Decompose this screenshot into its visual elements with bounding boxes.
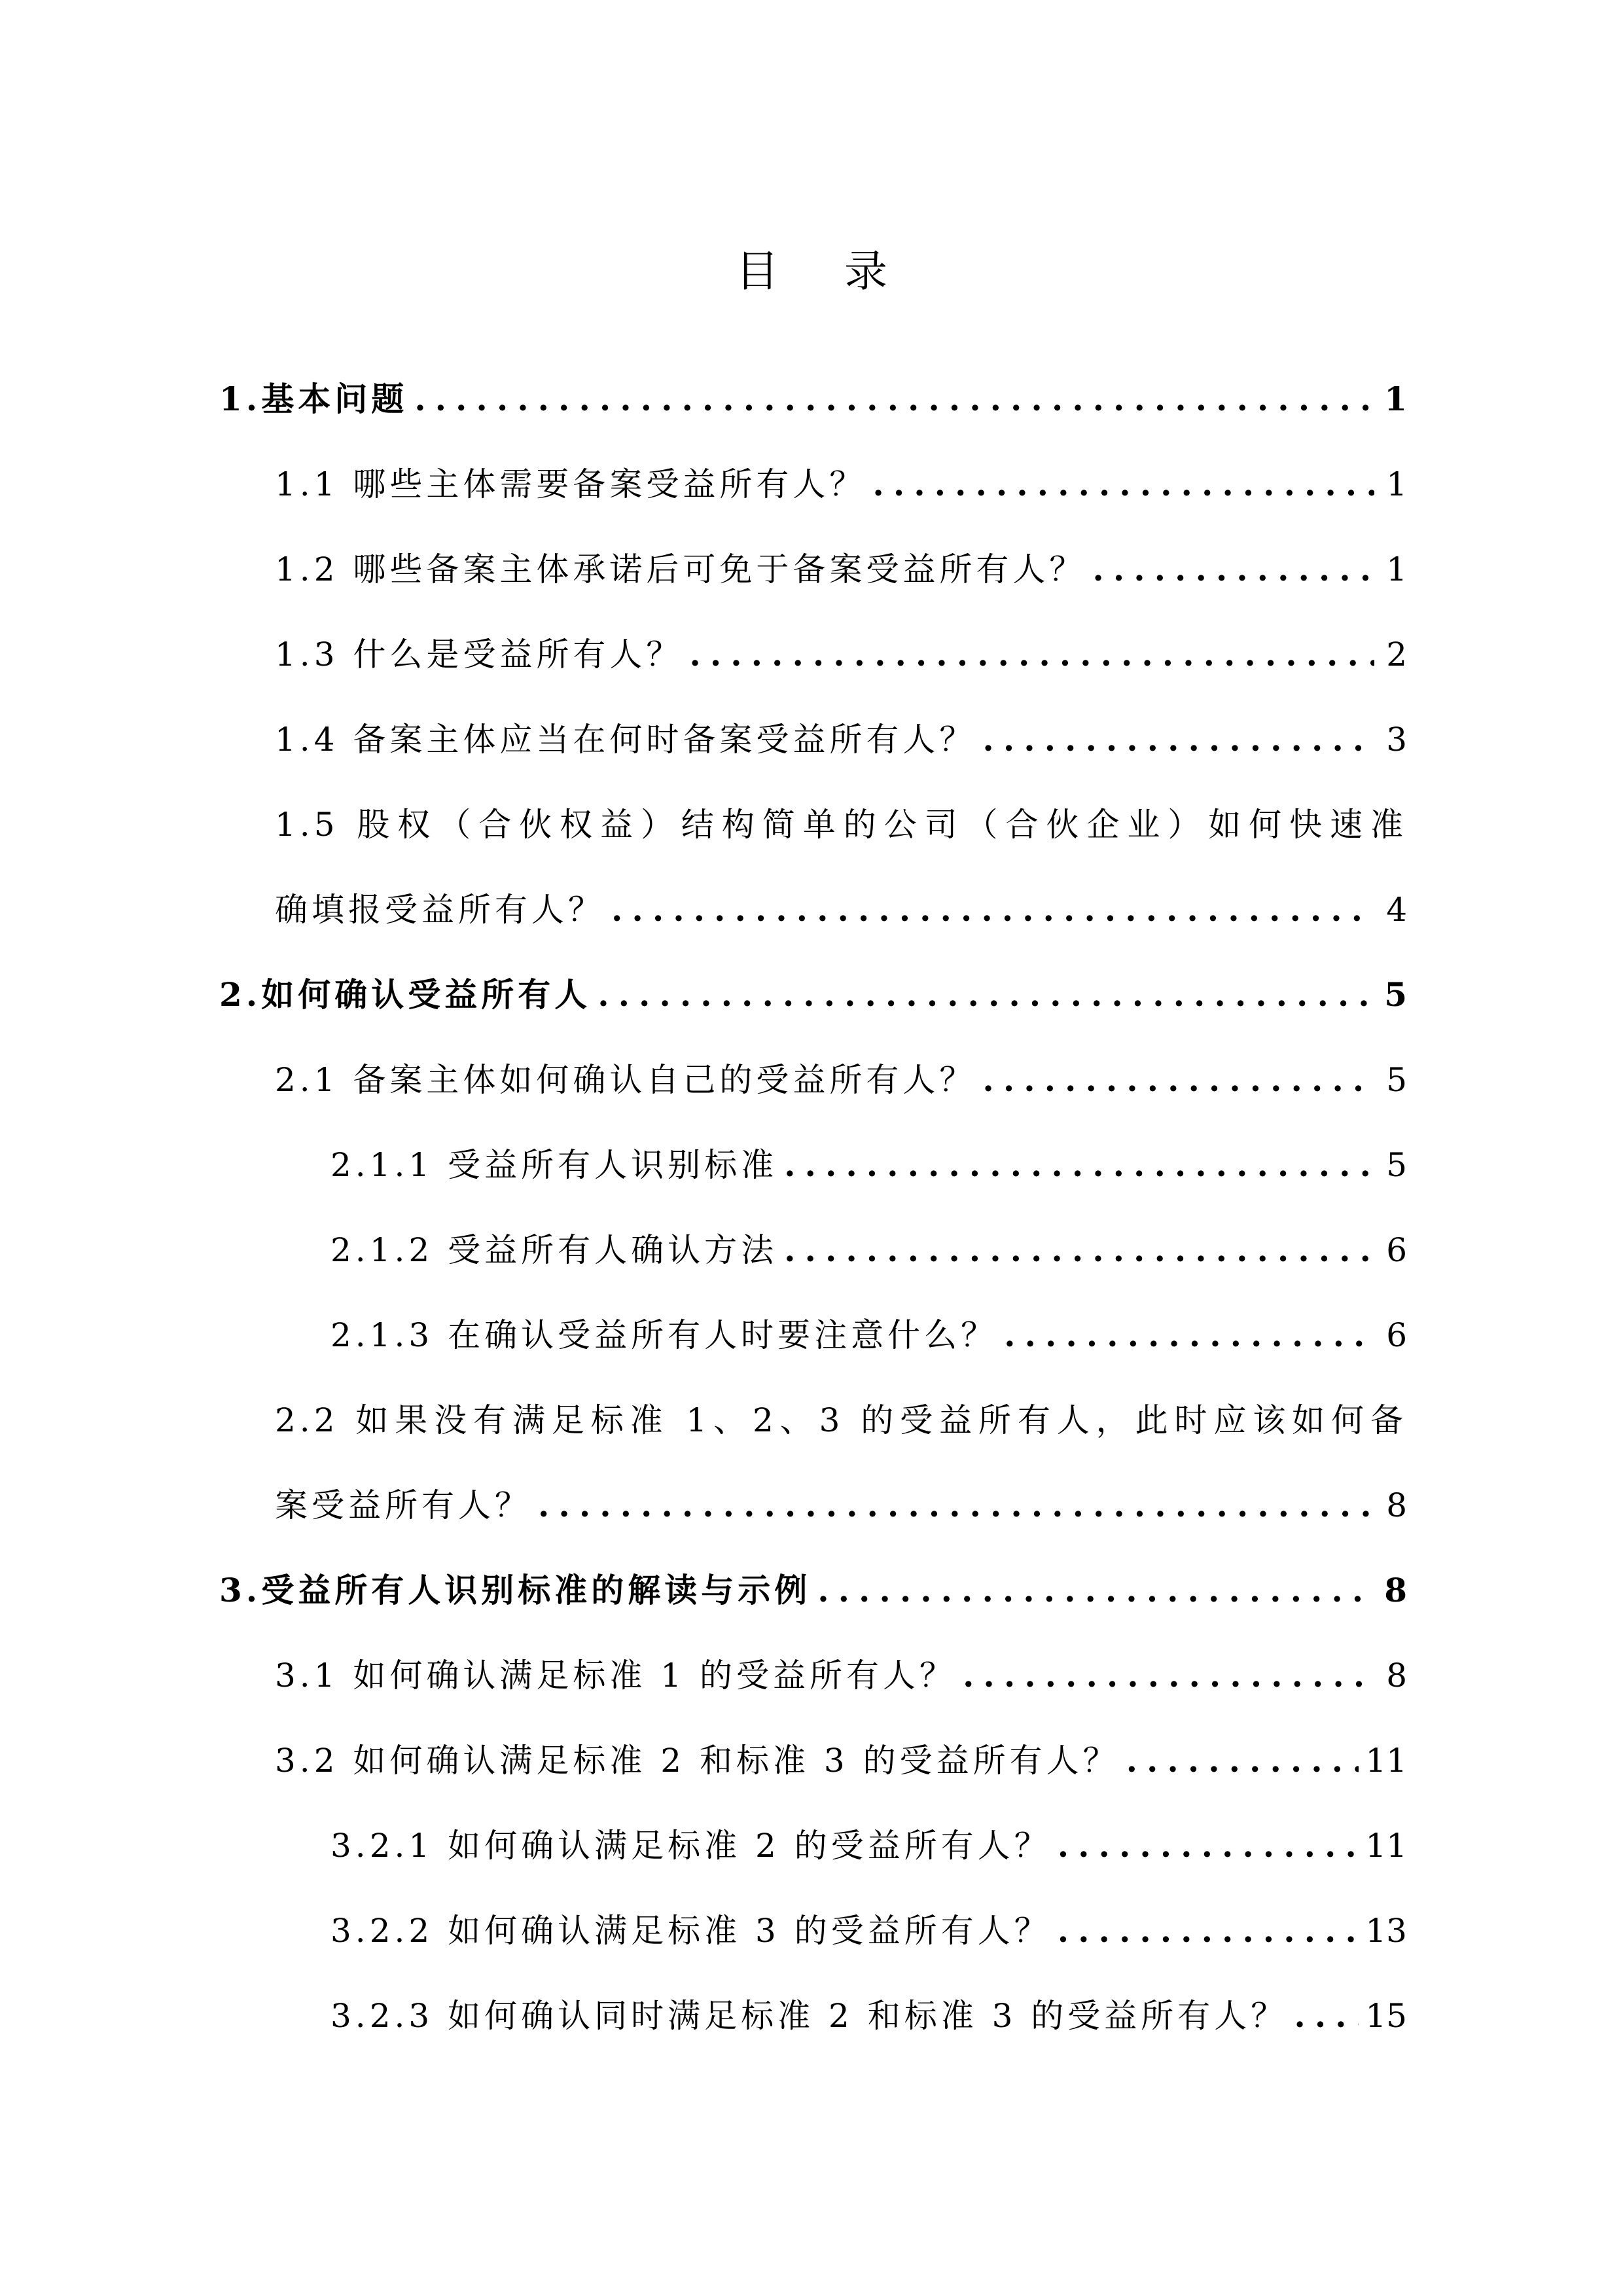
dot-leader bbox=[1294, 1973, 1359, 2058]
toc-entry-2-2-continued[interactable]: 案受益所有人？ 8 bbox=[0, 1463, 1623, 1548]
dot-leader bbox=[689, 612, 1374, 697]
toc-entry-2-1-2[interactable]: 2.1.2 受益所有人确认方法 6 bbox=[0, 1208, 1623, 1293]
toc-entry-3-2-2[interactable]: 3.2.2 如何确认满足标准 3 的受益所有人？ 13 bbox=[0, 1888, 1623, 1973]
toc-entry-text-line-2: 确填报受益所有人？ bbox=[275, 867, 605, 952]
toc-page-number: 4 bbox=[1381, 867, 1407, 952]
toc-entry-text: 2.1.1 受益所有人识别标准 bbox=[330, 1122, 777, 1208]
toc-page-number: 6 bbox=[1381, 1293, 1407, 1378]
dot-leader bbox=[611, 867, 1374, 952]
toc-page-number: 8 bbox=[1381, 1463, 1407, 1548]
dot-leader bbox=[1058, 1803, 1359, 1888]
toc-page-number: 11 bbox=[1365, 1803, 1407, 1888]
toc-entry-1-2[interactable]: 1.2 哪些备案主体承诺后可免于备案受益所有人？ 1 bbox=[0, 527, 1623, 612]
dot-leader bbox=[784, 1208, 1374, 1293]
dot-leader bbox=[872, 442, 1374, 527]
toc-page-number: 8 bbox=[1381, 1548, 1407, 1633]
toc-entry-1-5-continued[interactable]: 确填报受益所有人？ 4 bbox=[0, 867, 1623, 952]
toc-entry-3-2[interactable]: 3.2 如何确认满足标准 2 和标准 3 的受益所有人？ 11 bbox=[0, 1718, 1623, 1803]
dot-leader bbox=[982, 697, 1374, 782]
toc-entry-1-1[interactable]: 1.1 哪些主体需要备案受益所有人？ 1 bbox=[0, 442, 1623, 527]
toc-entry-text: 1.基本问题 bbox=[219, 357, 408, 442]
toc-page-number: 5 bbox=[1381, 952, 1407, 1037]
toc-entry-text: 1.1 哪些主体需要备案受益所有人？ bbox=[275, 442, 866, 527]
toc-entry-text: 2.1 备案主体如何确认自己的受益所有人？ bbox=[275, 1037, 976, 1122]
dot-leader bbox=[538, 1463, 1374, 1548]
document-page: 目录 1.基本问题 1 1.1 哪些主体需要备案受益所有人？ 1 1.2 哪些备… bbox=[0, 0, 1623, 2296]
toc-entry-2[interactable]: 2.如何确认受益所有人 5 bbox=[0, 952, 1623, 1037]
toc-title: 目录 bbox=[0, 242, 1623, 301]
toc-entry-3-2-1[interactable]: 3.2.1 如何确认满足标准 2 的受益所有人？ 11 bbox=[0, 1803, 1623, 1888]
toc-entry-text-line-1: 2.2 如果没有满足标准 1、2、3 的受益所有人，此时应该如何备 bbox=[275, 1378, 1407, 1463]
dot-leader bbox=[414, 357, 1374, 442]
toc-page-number: 11 bbox=[1365, 1718, 1407, 1803]
toc-entry-2-1-1[interactable]: 2.1.1 受益所有人识别标准 5 bbox=[0, 1122, 1623, 1208]
toc-page-number: 2 bbox=[1381, 612, 1407, 697]
toc-page-number: 15 bbox=[1365, 1973, 1407, 2058]
toc-title-char-1: 目 bbox=[736, 246, 779, 296]
dot-leader bbox=[963, 1633, 1374, 1718]
toc-entry-text: 3.2 如何确认满足标准 2 和标准 3 的受益所有人？ bbox=[275, 1718, 1120, 1803]
dot-leader bbox=[597, 952, 1374, 1037]
toc-entry-text-line-1: 1.5 股权（合伙权益）结构简单的公司（合伙企业）如何快速准 bbox=[275, 782, 1407, 867]
toc-entry-2-1-3[interactable]: 2.1.3 在确认受益所有人时要注意什么？ 6 bbox=[0, 1293, 1623, 1378]
toc-entry-2-2[interactable]: 2.2 如果没有满足标准 1、2、3 的受益所有人，此时应该如何备 bbox=[0, 1378, 1623, 1463]
toc-entry-text-line-2: 案受益所有人？ bbox=[275, 1463, 531, 1548]
toc-entry-3-1[interactable]: 3.1 如何确认满足标准 1 的受益所有人？ 8 bbox=[0, 1633, 1623, 1718]
toc-entry-1-5[interactable]: 1.5 股权（合伙权益）结构简单的公司（合伙企业）如何快速准 bbox=[0, 782, 1623, 867]
toc-entry-1-3[interactable]: 1.3 什么是受益所有人？ 2 bbox=[0, 612, 1623, 697]
toc-entry-text: 1.4 备案主体应当在何时备案受益所有人？ bbox=[275, 697, 976, 782]
table-of-contents: 1.基本问题 1 1.1 哪些主体需要备案受益所有人？ 1 1.2 哪些备案主体… bbox=[0, 357, 1623, 2058]
toc-entry-text: 2.1.2 受益所有人确认方法 bbox=[330, 1208, 777, 1293]
toc-entry-text: 3.2.1 如何确认满足标准 2 的受益所有人？ bbox=[330, 1803, 1051, 1888]
toc-entry-3[interactable]: 3.受益所有人识别标准的解读与示例 8 bbox=[0, 1548, 1623, 1633]
toc-entry-3-2-3[interactable]: 3.2.3 如何确认同时满足标准 2 和标准 3 的受益所有人？ 15 bbox=[0, 1973, 1623, 2058]
dot-leader bbox=[817, 1548, 1374, 1633]
toc-title-char-2: 录 bbox=[844, 246, 887, 296]
toc-page-number: 8 bbox=[1381, 1633, 1407, 1718]
toc-entry-text: 3.受益所有人识别标准的解读与示例 bbox=[219, 1548, 811, 1633]
toc-entry-text: 2.如何确认受益所有人 bbox=[219, 952, 591, 1037]
dot-leader bbox=[982, 1037, 1374, 1122]
toc-page-number: 6 bbox=[1381, 1208, 1407, 1293]
toc-page-number: 13 bbox=[1365, 1888, 1407, 1973]
toc-entry-2-1[interactable]: 2.1 备案主体如何确认自己的受益所有人？ 5 bbox=[0, 1037, 1623, 1122]
dot-leader bbox=[1004, 1293, 1374, 1378]
toc-page-number: 1 bbox=[1381, 442, 1407, 527]
dot-leader bbox=[784, 1122, 1374, 1208]
toc-entry-1-4[interactable]: 1.4 备案主体应当在何时备案受益所有人？ 3 bbox=[0, 697, 1623, 782]
toc-page-number: 1 bbox=[1381, 527, 1407, 612]
toc-page-number: 5 bbox=[1381, 1122, 1407, 1208]
toc-entry-text: 3.1 如何确认满足标准 1 的受益所有人？ bbox=[275, 1633, 956, 1718]
toc-entry-1[interactable]: 1.基本问题 1 bbox=[0, 357, 1623, 442]
dot-leader bbox=[1092, 527, 1374, 612]
toc-entry-text: 1.2 哪些备案主体承诺后可免于备案受益所有人？ bbox=[275, 527, 1086, 612]
toc-page-number: 5 bbox=[1381, 1037, 1407, 1122]
toc-entry-text: 2.1.3 在确认受益所有人时要注意什么？ bbox=[330, 1293, 997, 1378]
dot-leader bbox=[1126, 1718, 1359, 1803]
toc-entry-text: 3.2.3 如何确认同时满足标准 2 和标准 3 的受益所有人？ bbox=[330, 1973, 1287, 2058]
toc-entry-text: 1.3 什么是受益所有人？ bbox=[275, 612, 683, 697]
dot-leader bbox=[1058, 1888, 1359, 1973]
toc-page-number: 3 bbox=[1381, 697, 1407, 782]
toc-page-number: 1 bbox=[1381, 357, 1407, 442]
toc-entry-text: 3.2.2 如何确认满足标准 3 的受益所有人？ bbox=[330, 1888, 1051, 1973]
